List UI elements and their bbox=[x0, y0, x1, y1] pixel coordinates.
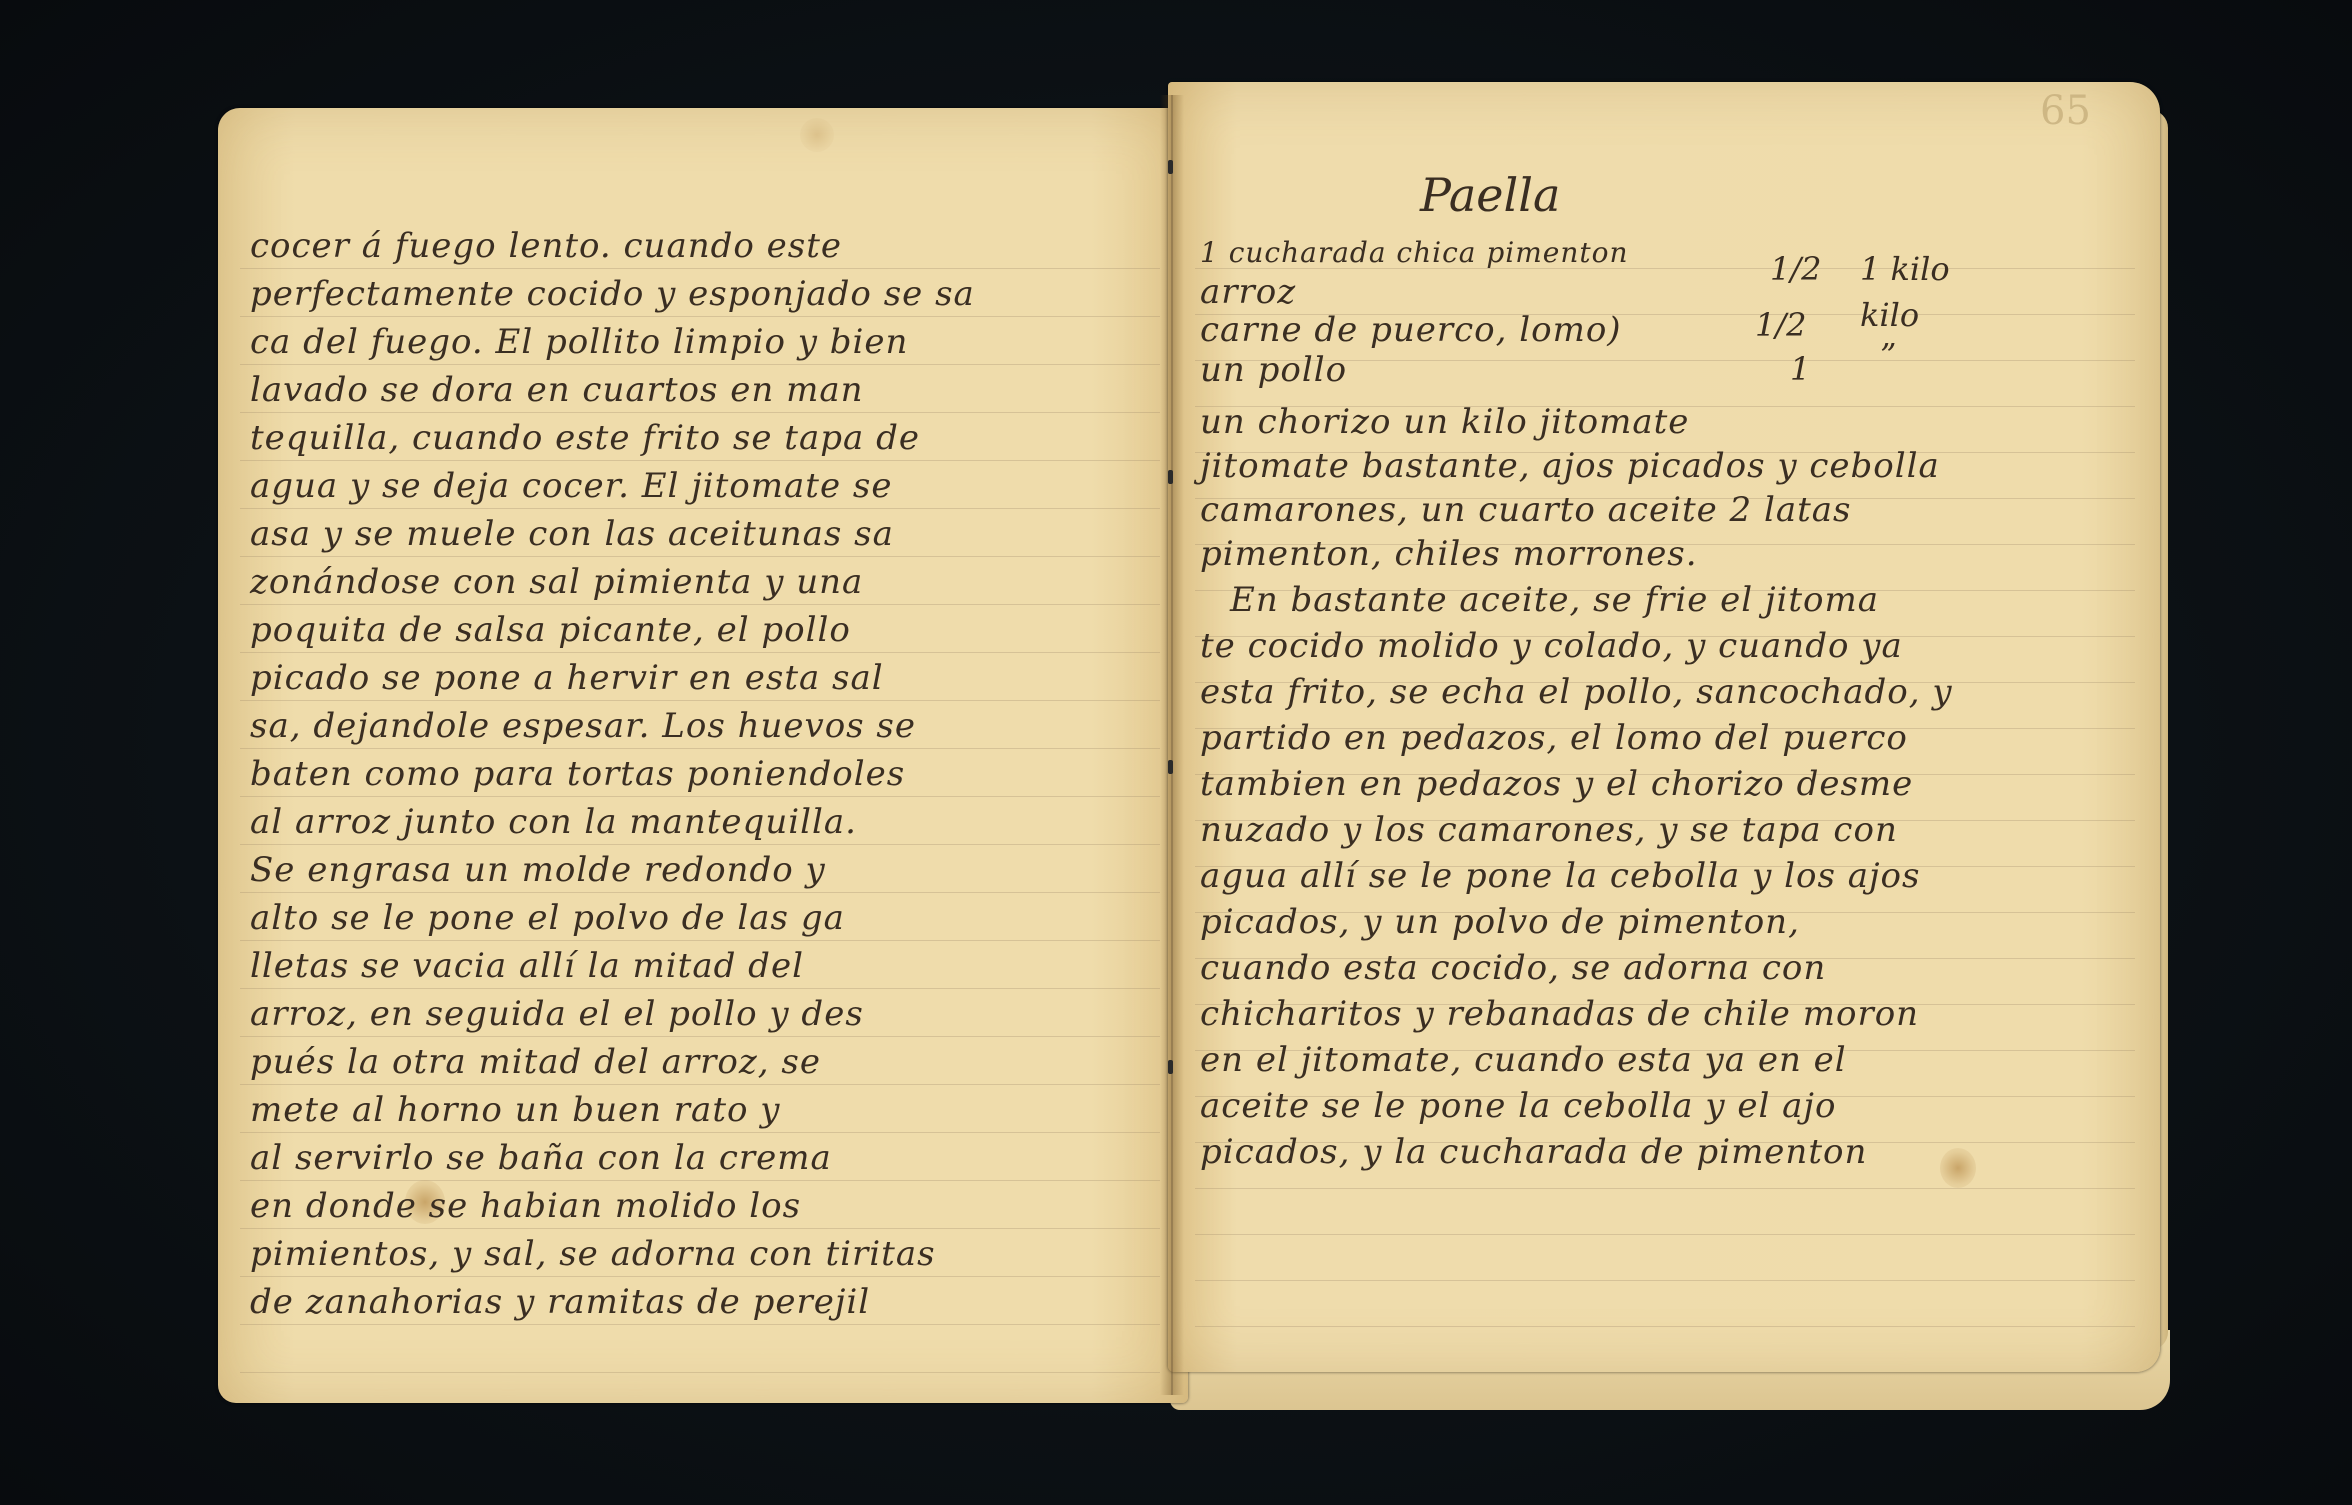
handwritten-line: en donde se habian molido los bbox=[250, 1186, 801, 1226]
ruled-line bbox=[240, 892, 1160, 893]
instruction-line: en el jitomate, cuando esta ya en el bbox=[1200, 1040, 1847, 1080]
ingredient-unit: kilo bbox=[1860, 296, 1919, 334]
stitch-hole bbox=[1168, 1060, 1173, 1074]
handwritten-line: picado se pone a hervir en esta sal bbox=[250, 658, 884, 698]
handwritten-line: poquita de salsa picante, el pollo bbox=[250, 610, 851, 650]
ruled-line bbox=[240, 1324, 1160, 1325]
handwritten-line: arroz, en seguida el el pollo y des bbox=[250, 994, 864, 1034]
handwritten-line: al arroz junto con la mantequilla. bbox=[250, 802, 857, 842]
ruled-line bbox=[240, 748, 1160, 749]
instruction-line: esta frito, se echa el pollo, sancochado… bbox=[1200, 672, 1953, 712]
ingredient-qty: 1 bbox=[1790, 350, 1810, 388]
stain-mark bbox=[1940, 1148, 1976, 1188]
ruled-line bbox=[1195, 1234, 2135, 1235]
handwritten-line: pimientos, y sal, se adorna con tiritas bbox=[250, 1234, 936, 1274]
ruled-line bbox=[240, 1132, 1160, 1133]
ruled-line bbox=[240, 844, 1160, 845]
handwritten-line: pués la otra mitad del arroz, se bbox=[250, 1042, 821, 1082]
instruction-line: En bastante aceite, se frie el jitoma bbox=[1230, 580, 1879, 620]
handwritten-line: perfectamente cocido y esponjado se sa bbox=[250, 274, 975, 314]
instruction-line: tambien en pedazos y el chorizo desme bbox=[1200, 764, 1913, 804]
handwritten-line: ca del fuego. El pollito limpio y bien bbox=[250, 322, 908, 362]
ruled-line bbox=[1195, 1188, 2135, 1189]
ingredient-line: camarones, un cuarto aceite 2 latas bbox=[1200, 490, 1852, 530]
ingredient-line: carne de puerco, lomo) bbox=[1200, 310, 1622, 350]
ingredient-qty: 1/2 bbox=[1770, 250, 1822, 288]
stitch-hole bbox=[1168, 470, 1173, 484]
handwritten-line: asa y se muele con las aceitunas sa bbox=[250, 514, 894, 554]
handwritten-line: baten como para tortas poniendoles bbox=[250, 754, 905, 794]
ingredient-unit: ” bbox=[1880, 336, 1896, 374]
handwritten-line: sa, dejandole espesar. Los huevos se bbox=[250, 706, 916, 746]
ruled-line bbox=[240, 1228, 1160, 1229]
instruction-line: nuzado y los camarones, y se tapa con bbox=[1200, 810, 1898, 850]
ruled-line bbox=[240, 268, 1160, 269]
recipe-title: Paella bbox=[1420, 168, 1560, 222]
instruction-line: partido en pedazos, el lomo del puerco bbox=[1200, 718, 1908, 758]
ruled-line bbox=[240, 988, 1160, 989]
open-notebook: 65 cocer á fuego lento. cuando este perf… bbox=[0, 0, 2352, 1505]
instruction-line: agua allí se le pone la cebolla y los aj… bbox=[1200, 856, 1920, 896]
stitch-hole bbox=[1168, 760, 1173, 774]
ruled-line bbox=[1195, 1326, 2135, 1327]
ruled-line bbox=[240, 940, 1160, 941]
ruled-line bbox=[240, 1372, 1160, 1373]
handwritten-line: tequilla, cuando este frito se tapa de bbox=[250, 418, 920, 458]
ruled-line bbox=[240, 796, 1160, 797]
ruled-line bbox=[240, 508, 1160, 509]
ingredient-line: arroz bbox=[1200, 272, 1296, 312]
handwritten-line: de zanahorias y ramitas de perejil bbox=[250, 1282, 870, 1322]
ingredient-line: 1 cucharada chica pimenton bbox=[1200, 236, 1629, 269]
ingredient-line: pimenton, chiles morrones. bbox=[1200, 534, 1698, 574]
page-number: 65 bbox=[2040, 88, 2091, 134]
instruction-line: picados, y un polvo de pimenton, bbox=[1200, 902, 1800, 942]
ruled-line bbox=[240, 460, 1160, 461]
ruled-line bbox=[240, 316, 1160, 317]
ruled-line bbox=[240, 700, 1160, 701]
instruction-line: cuando esta cocido, se adorna con bbox=[1200, 948, 1826, 988]
ruled-line bbox=[240, 604, 1160, 605]
handwritten-line: Se engrasa un molde redondo y bbox=[250, 850, 826, 890]
ingredient-line: un chorizo un kilo jitomate bbox=[1200, 402, 1689, 442]
handwritten-line: mete al horno un buen rato y bbox=[250, 1090, 780, 1130]
ruled-line bbox=[240, 1036, 1160, 1037]
instruction-line: aceite se le pone la cebolla y el ajo bbox=[1200, 1086, 1836, 1126]
handwritten-line: al servirlo se baña con la crema bbox=[250, 1138, 832, 1178]
handwritten-line: agua y se deja cocer. El jitomate se bbox=[250, 466, 892, 506]
ruled-line bbox=[1195, 1280, 2135, 1281]
stitch-hole bbox=[1168, 160, 1173, 174]
ruled-line bbox=[240, 652, 1160, 653]
ruled-line bbox=[240, 1084, 1160, 1085]
ruled-line bbox=[240, 412, 1160, 413]
instruction-line: te cocido molido y colado, y cuando ya bbox=[1200, 626, 1903, 666]
ingredient-qty: 1/2 bbox=[1755, 306, 1807, 344]
handwritten-line: alto se le pone el polvo de las ga bbox=[250, 898, 845, 938]
handwritten-line: lletas se vacia allí la mitad del bbox=[250, 946, 804, 986]
ingredient-line: un pollo bbox=[1200, 350, 1347, 390]
handwritten-line: cocer á fuego lento. cuando este bbox=[250, 226, 842, 266]
ingredient-unit: 1 kilo bbox=[1860, 250, 1950, 288]
book-gutter bbox=[1160, 95, 1184, 1395]
ingredient-line: jitomate bastante, ajos picados y ceboll… bbox=[1200, 446, 1940, 486]
handwritten-line: zonándose con sal pimienta y una bbox=[250, 562, 863, 602]
ruled-line bbox=[240, 1180, 1160, 1181]
ruled-line bbox=[240, 364, 1160, 365]
handwritten-line: lavado se dora en cuartos en man bbox=[250, 370, 864, 410]
ruled-line bbox=[240, 556, 1160, 557]
instruction-line: chicharitos y rebanadas de chile moron bbox=[1200, 994, 1919, 1034]
stain-mark bbox=[800, 118, 834, 152]
ruled-line bbox=[240, 1276, 1160, 1277]
instruction-line: picados, y la cucharada de pimenton bbox=[1200, 1132, 1867, 1172]
